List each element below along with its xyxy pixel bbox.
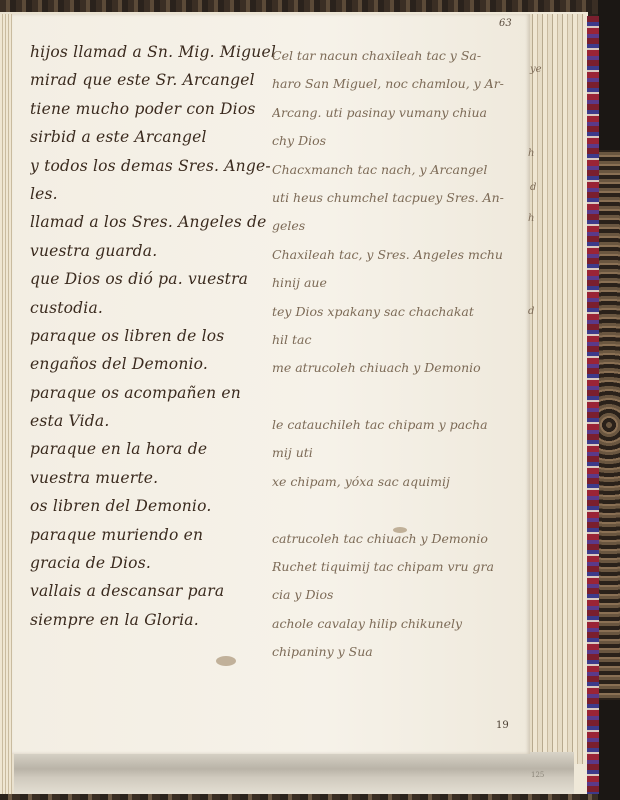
text-line: paraque en la hora de: [30, 435, 280, 463]
margin-note: ye: [530, 64, 542, 75]
marbled-board-paper: [598, 150, 620, 700]
text-line: geles: [272, 212, 522, 240]
text-line: mij uti: [272, 439, 522, 467]
text-line: vuestra guarda.: [30, 237, 280, 265]
text-line: que Dios os dió pa. vuestra: [30, 265, 280, 293]
margin-note: d: [530, 182, 536, 193]
text-line: custodia.: [30, 294, 280, 322]
text-line: engaños del Demonio.: [30, 350, 280, 378]
text-line: [272, 383, 522, 411]
text-line: gracia de Dios.: [30, 549, 280, 577]
cover-right-dark-lower: [598, 700, 620, 800]
cover-right-dark: [598, 0, 620, 150]
text-line: llamad a los Sres. Angeles de: [30, 208, 280, 236]
translation-text-column: Cel tar nacun chaxileah tac y Sa- haro S…: [272, 42, 522, 667]
text-line: vuestra muerte.: [30, 464, 280, 492]
text-line: cia y Dios: [272, 581, 522, 609]
text-line: siempre en la Gloria.: [30, 606, 280, 634]
text-line: paraque muriendo en: [30, 521, 280, 549]
ink-stain: [216, 656, 236, 666]
text-line: Chacxmanch tac nach, y Arcangel: [272, 156, 522, 184]
text-line: me atrucoleh chiuach y Demonio: [272, 354, 522, 382]
marbled-page-edge: [587, 16, 599, 794]
margin-note: d: [528, 306, 534, 317]
text-line: paraque os libren de los: [30, 322, 280, 350]
text-line: mirad que este Sr. Arcangel: [30, 66, 280, 94]
text-line: Chaxileah tac, y Sres. Angeles mchu: [272, 241, 522, 269]
text-line: achole cavalay hilip chikunely: [272, 610, 522, 638]
text-line: [272, 496, 522, 524]
folio-number-top: 63: [499, 18, 512, 29]
text-line: Arcang. uti pasinay vumany chiua: [272, 99, 522, 127]
text-line: os libren del Demonio.: [30, 492, 280, 520]
text-line: vallais a descansar para: [30, 577, 280, 605]
text-line: hinij aue: [272, 269, 522, 297]
text-line: y todos los demas Sres. Ange-: [30, 152, 280, 180]
folio-number-bottom: 19: [496, 720, 509, 731]
margin-note: h: [528, 213, 534, 224]
text-line: les.: [30, 180, 280, 208]
text-line: le catauchileh tac chipam y pacha: [272, 411, 522, 439]
text-line: haro San Miguel, noc chamlou, y Ar-: [272, 70, 522, 98]
fore-edge-number: 125: [531, 771, 544, 779]
text-line: uti heus chumchel tacpuey Sres. An-: [272, 184, 522, 212]
text-line: tiene mucho poder con Dios: [30, 95, 280, 123]
text-line: chipaniny y Sua: [272, 638, 522, 666]
text-line: paraque os acompañen en: [30, 379, 280, 407]
text-line: esta Vida.: [30, 407, 280, 435]
margin-note: h: [528, 148, 534, 159]
gutter-page-edges: [0, 14, 12, 794]
text-line: Cel tar nacun chaxileah tac y Sa-: [272, 42, 522, 70]
text-line: Ruchet tiquimij tac chipam vru gra: [272, 553, 522, 581]
text-line: chy Dios: [272, 127, 522, 155]
bottom-page-edges: [14, 752, 574, 794]
text-line: catrucoleh tac chiuach y Demonio: [272, 525, 522, 553]
text-line: tey Dios xpakany sac chachakat: [272, 298, 522, 326]
spanish-text-column: hijos llamad a Sn. Mig. Miguel mirad que…: [30, 38, 280, 634]
text-line: xe chipam, yóxa sac aquimij: [272, 468, 522, 496]
text-line: hijos llamad a Sn. Mig. Miguel: [30, 38, 280, 66]
text-line: hil tac: [272, 326, 522, 354]
text-line: sirbid a este Arcangel: [30, 123, 280, 151]
